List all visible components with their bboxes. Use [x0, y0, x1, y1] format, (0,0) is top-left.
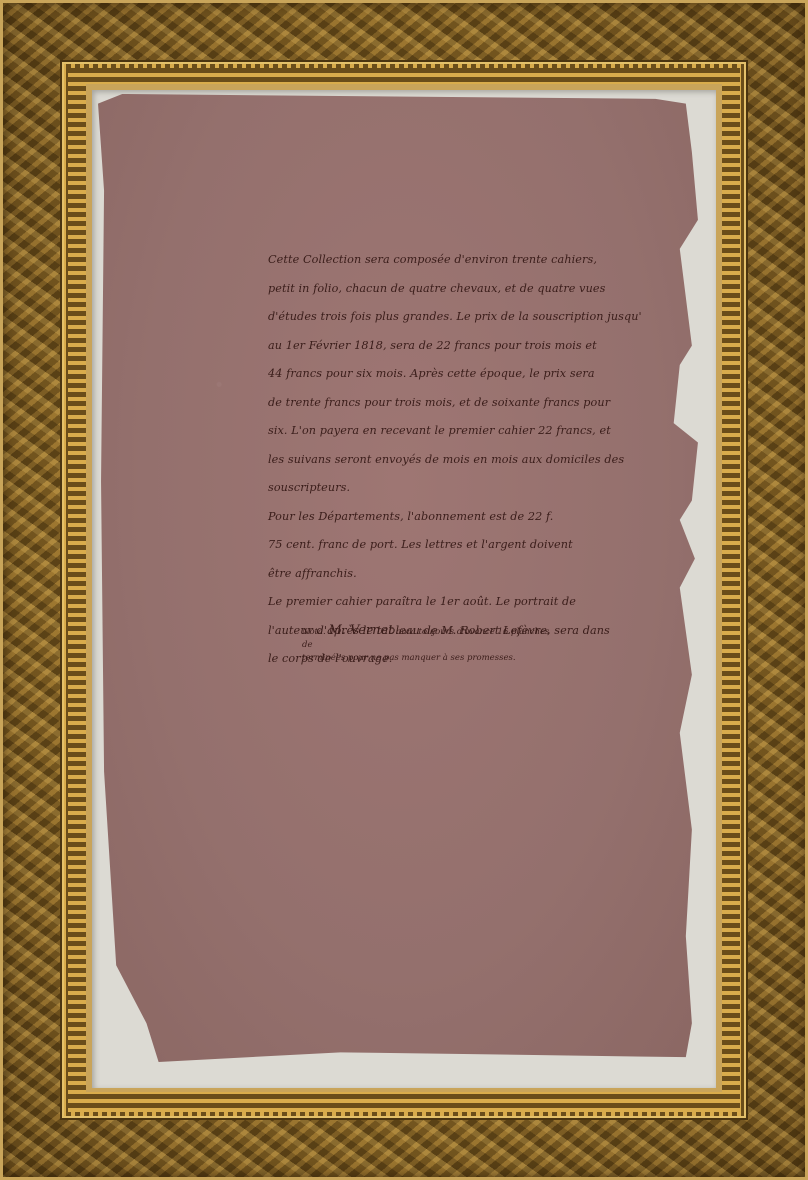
- text-line: six. L'on payera en recevant le premier …: [244, 417, 574, 446]
- text-line: Cette Collection sera composée d'environ…: [244, 246, 574, 275]
- nota-label: Nota.: [302, 627, 326, 637]
- text-line: d'études trois fois plus grandes. Le pri…: [244, 303, 574, 332]
- text-line: Pour les Départements, l'abonnement est …: [244, 503, 574, 532]
- text-line: les suivans seront envoyés de mois en mo…: [244, 446, 574, 475]
- text-line: Le premier cahier paraîtra le 1er août. …: [244, 588, 574, 617]
- mat-board: Cette Collection sera composée d'environ…: [92, 90, 716, 1088]
- manuscript-text: Cette Collection sera composée d'environ…: [244, 246, 574, 674]
- text-line: de trente francs pour trois mois, et de …: [244, 389, 574, 418]
- text-line: être affranchis.: [244, 560, 574, 589]
- paragraph-subscription: Cette Collection sera composée d'environ…: [244, 246, 574, 503]
- nota-line-2: terminées pour ne pas manquer à ses prom…: [302, 653, 516, 663]
- nota-note: Nota. M. Vernet aura toujours d'avance 1…: [302, 624, 562, 665]
- nota-name: M. Vernet: [328, 623, 393, 638]
- text-line: 75 cent. franc de port. Les lettres et l…: [244, 531, 574, 560]
- paragraph-departments: Pour les Départements, l'abonnement est …: [244, 503, 574, 589]
- text-line: petit in folio, chacun de quatre chevaux…: [244, 275, 574, 304]
- text-line: souscripteurs.: [244, 474, 574, 503]
- text-line: 44 francs pour six mois. Après cette épo…: [244, 360, 574, 389]
- text-line: au 1er Février 1818, sera de 22 francs p…: [244, 332, 574, 361]
